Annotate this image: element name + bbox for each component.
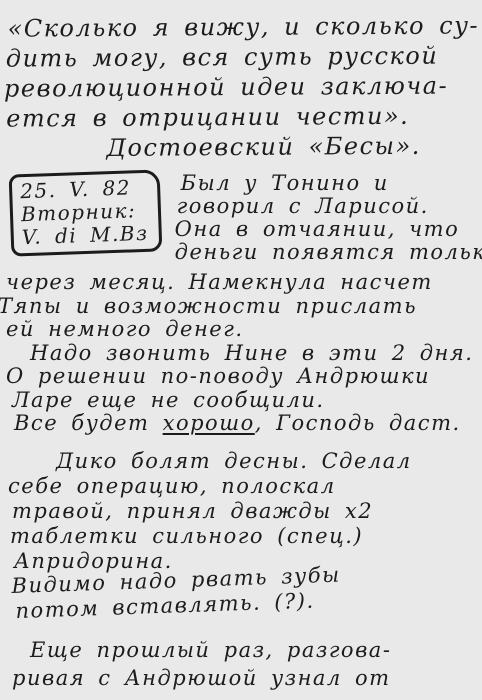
quote-line: «Сколько я вижу, и сколько су- — [7, 10, 479, 43]
entry-line: Был у Тонино и — [181, 172, 482, 195]
entry-line: себе операцию, полоскал — [8, 474, 412, 499]
quote-block: «Сколько я вижу, и сколько су- дить могу… — [5, 10, 480, 163]
entry-line: говорил с Ларисой. — [177, 195, 482, 218]
entry-line: через месяц. Намекнула насчет — [6, 271, 473, 295]
entry-line: Ларе еще не сообщили. — [12, 389, 473, 413]
entry-line: Она в отчаянии, что — [175, 218, 482, 241]
entry-paragraph-1: через месяц. Намекнула насчет Тяпы и воз… — [4, 271, 473, 436]
date-box: 25. V. 82 Вторник: V. di M.Вз — [9, 169, 162, 256]
quote-line: ется в отрицании чести». — [6, 100, 480, 133]
quote-attribution: Достоевский «Бесы». — [106, 130, 480, 163]
entry-line: Надо звонить Нине в эти 2 дня. — [30, 342, 473, 366]
entry-line: ей немного денег. — [6, 318, 473, 342]
closing-pre: Все будет — [14, 411, 163, 435]
entry-paragraph-2: Дико болят десны. Сделал себе операцию, … — [8, 449, 412, 624]
entry-first-lines: Был у Тонино и говорил с Ларисой. Она в … — [173, 172, 482, 264]
entry-line: таблетки сильного (спец.) — [10, 524, 412, 549]
entry-line: Дико болят десны. Сделал — [56, 449, 412, 474]
entry-header: 25. V. 82 Вторник: V. di M.Вз Был у Тони… — [10, 172, 482, 264]
entry-line: Еще прошлый раз, разгова- — [30, 636, 391, 664]
entry-paragraph-3: Еще прошлый раз, разгова- ривая с Андрюш… — [8, 636, 391, 692]
entry-line: деньги появятся только — [175, 241, 482, 264]
diary-page: «Сколько я вижу, и сколько су- дить могу… — [0, 0, 482, 700]
quote-line: революционной идеи заключа- — [4, 70, 480, 103]
closing-underlined-word: хорошо — [163, 411, 255, 435]
entry-line: ривая с Андрюшой узнал от — [12, 664, 391, 692]
entry-line: О решении по-поводу Андрюшки — [6, 365, 473, 389]
closing-post: , Господь даст. — [255, 411, 461, 435]
quote-line: дить могу, вся суть русской — [6, 40, 480, 73]
place-line: V. di M.Вз — [21, 222, 148, 249]
entry-line: травой, принял дважды х2 — [12, 499, 412, 524]
entry-line: Тяпы и возможности прислать — [0, 295, 473, 319]
entry-closing-line: Все будет хорошо, Господь даст. — [14, 412, 473, 436]
